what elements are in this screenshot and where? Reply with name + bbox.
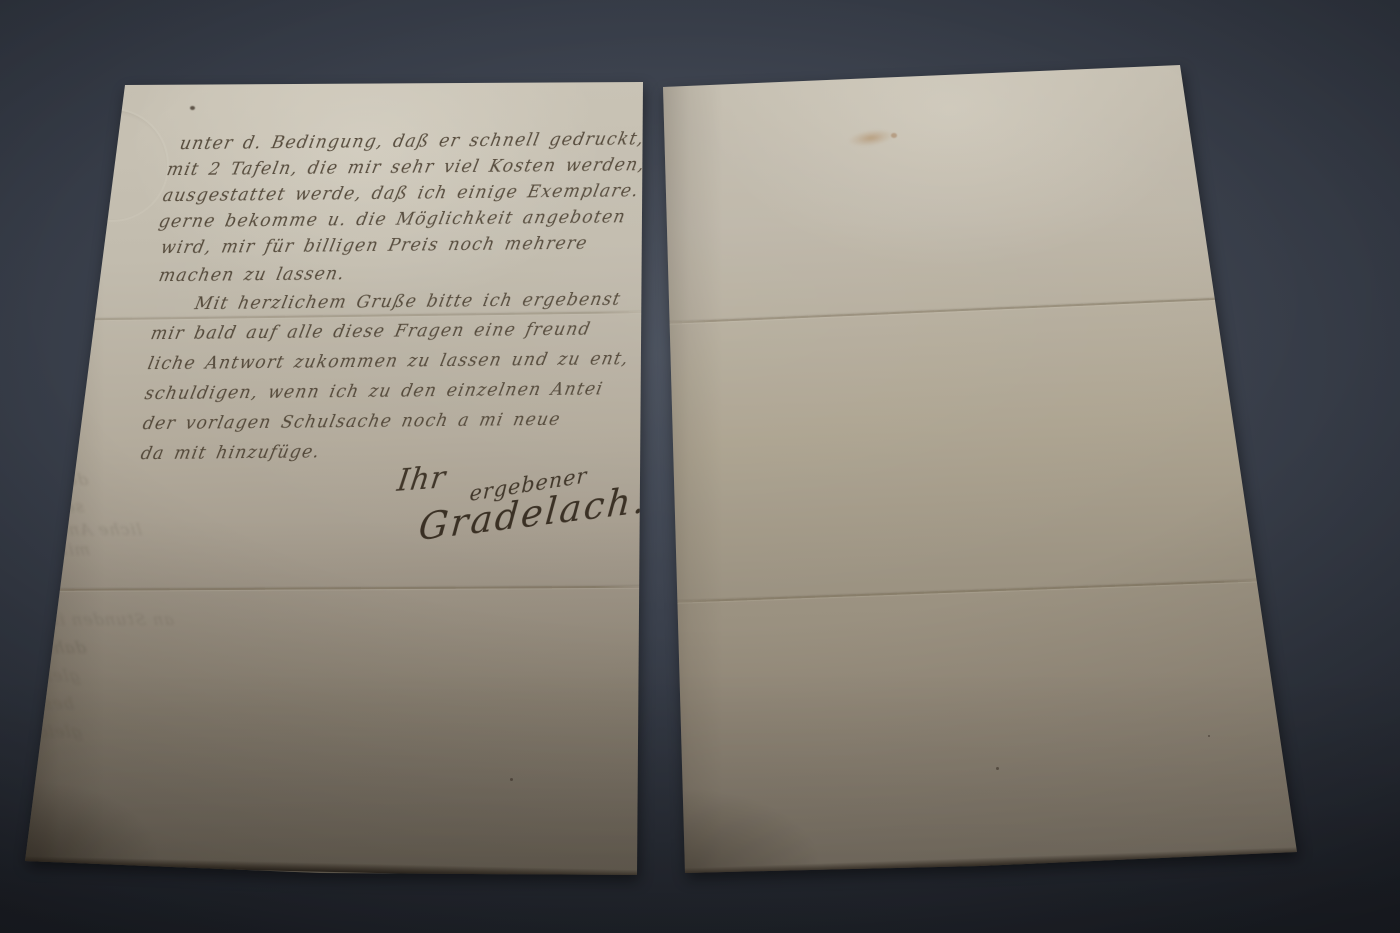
fold-crease-upper-right-sheet [665,296,1257,324]
page-bottom-edge [683,847,1300,877]
ink-speck [996,767,999,770]
stain-mark [847,127,895,149]
letter-sheet-right-blank [663,60,1300,877]
fold-crease-lower-right-sheet [672,579,1264,603]
ink-speck [1208,735,1210,737]
photograph-background: undmit demder zuder vorlagen Schulsache … [0,0,1400,933]
right-sheet-shadow-wrap [0,0,1400,933]
stain-dot [891,133,897,138]
